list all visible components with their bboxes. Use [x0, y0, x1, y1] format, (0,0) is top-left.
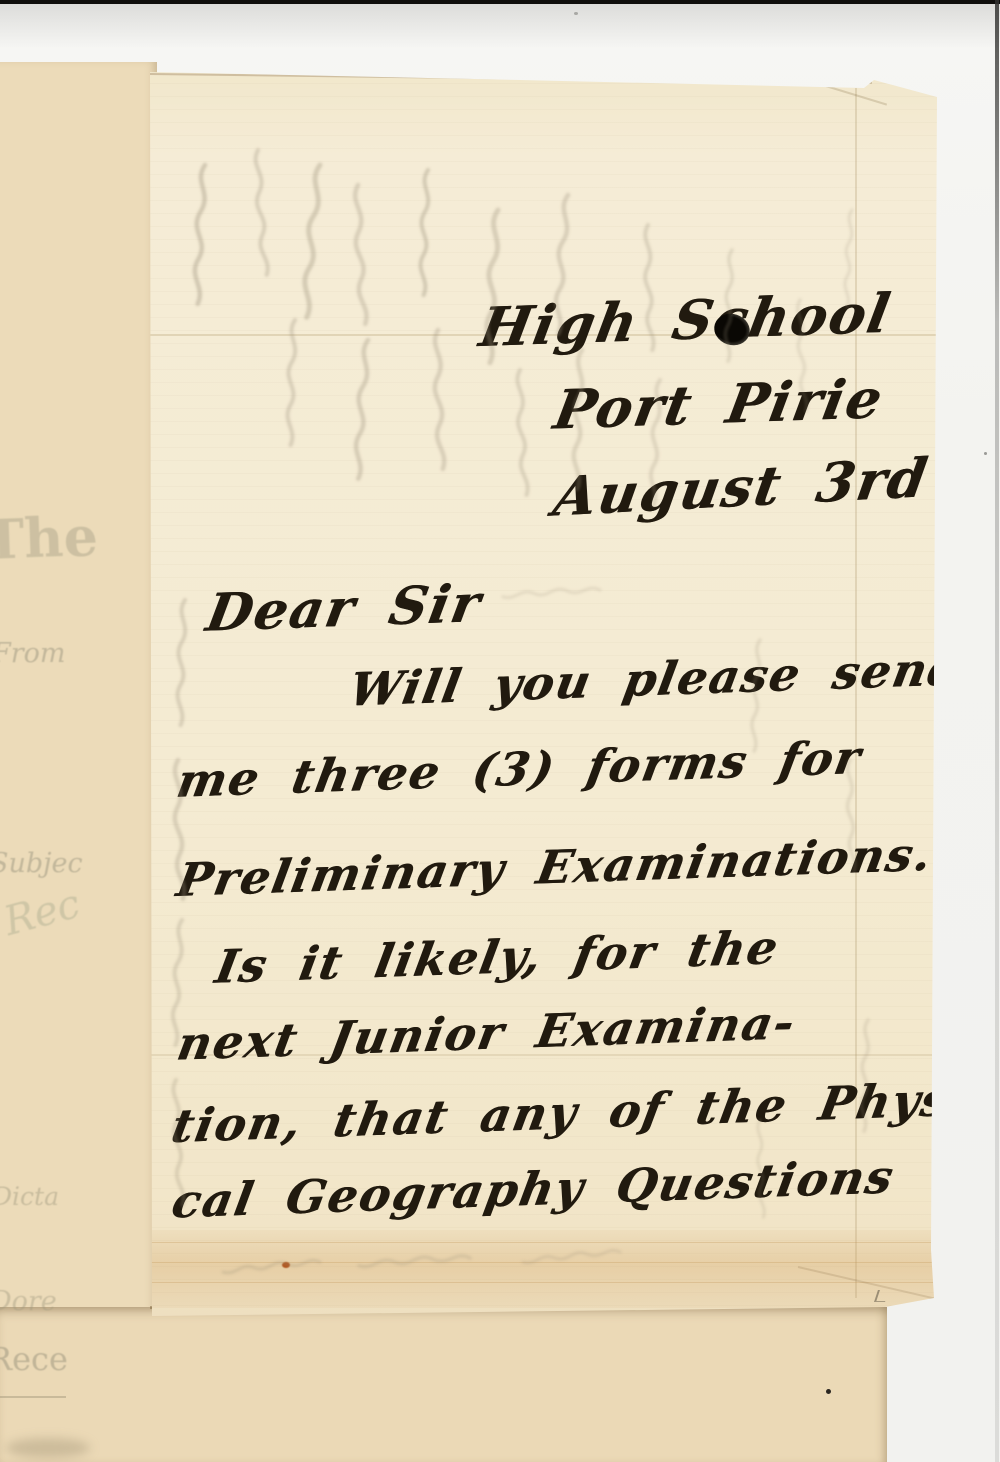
ghost-label-field-3: Rece — [0, 1340, 68, 1378]
ghost-label-field-1: Dicta — [0, 1182, 59, 1211]
fold-band-line — [148, 1282, 938, 1283]
ghost-smudge — [6, 1438, 90, 1458]
ghost-label-from: From — [0, 638, 66, 669]
under-page-bottom — [0, 1307, 887, 1462]
fold-band-line — [148, 1262, 938, 1263]
scanner-edge-line — [995, 0, 999, 1462]
letter-page: High School Port Pirie August 3rd Dear S… — [148, 70, 938, 1318]
ghost-label-subject: Subjec — [0, 848, 83, 879]
dust-speck — [984, 452, 987, 455]
paper-speck — [826, 1389, 831, 1394]
dust-speck — [574, 12, 578, 15]
salutation: Dear Sir — [202, 573, 487, 643]
paper-speck — [282, 1262, 290, 1268]
fold-band-line — [148, 1242, 938, 1243]
scanner-smudge — [0, 4, 1000, 48]
ghost-label-field-2: Dore — [0, 1286, 57, 1317]
under-page-left — [0, 62, 157, 1462]
letter-scan: The From Subjec Rec Dicta Dore Rece High… — [0, 0, 1000, 1462]
ghost-label-masthead: The — [0, 504, 99, 572]
ghost-rule-line — [0, 1396, 66, 1398]
heading-line-place: Port Pirie — [549, 366, 888, 441]
